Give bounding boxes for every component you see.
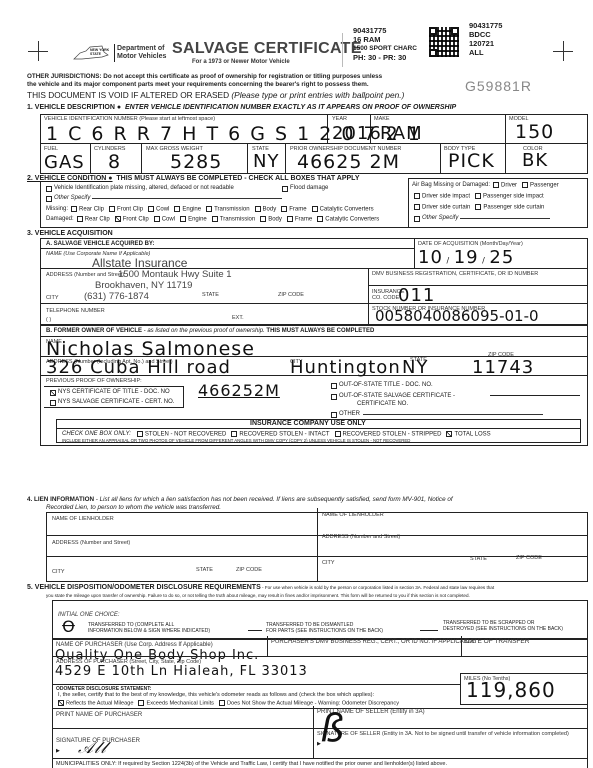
option-label: Exceeds Mechanical Limits xyxy=(146,700,213,706)
checkbox[interactable] xyxy=(138,700,144,706)
divider xyxy=(56,428,581,429)
checkbox[interactable] xyxy=(71,206,77,212)
checkbox[interactable] xyxy=(282,186,288,192)
date-month: 10 xyxy=(418,247,443,268)
oos-cert-no-label: CERTIFICATE NO. xyxy=(357,401,408,408)
option-label: TOTAL LOSS xyxy=(454,432,490,438)
checkbox[interactable] xyxy=(522,182,528,188)
stamp-line: 90431775 xyxy=(469,21,502,30)
missing-label: Missing: xyxy=(46,206,68,213)
warning-line: OTHER JURISDICTIONS: Do not accept this … xyxy=(27,73,467,81)
acq-date-field[interactable]: 10 / 19 / 25 xyxy=(418,247,514,268)
oos-title-option[interactable]: OUT-OF-STATE TITLE - DOC. NO. xyxy=(331,382,433,389)
model-field[interactable]: 150 xyxy=(515,121,554,143)
checkbox[interactable] xyxy=(335,431,341,437)
section-instruction: THIS MUST ALWAYS BE COMPLETED - CHECK AL… xyxy=(116,175,359,182)
section-title: 1. VEHICLE DESCRIPTION ● xyxy=(27,104,121,111)
option-label: Reflects the Actual Mileage xyxy=(66,700,133,706)
purchaser-dmv-label: PURCHASER'S DMV BUSINESS REG., CERT., OR… xyxy=(271,639,475,645)
nys-logo: NEW YORK STATE xyxy=(72,43,112,63)
divider xyxy=(46,556,588,557)
divider xyxy=(368,268,369,324)
qr-finder xyxy=(429,49,437,57)
initial-mark[interactable]: Ꝋ xyxy=(62,617,76,636)
stamp-right: 90431775 BDCC 120721 ALL xyxy=(469,21,502,57)
lienholder-1-state-label: STATE xyxy=(196,567,213,573)
section-title: 2. VEHICLE CONDITION ● xyxy=(27,175,113,182)
divider xyxy=(52,684,460,685)
registration-mark-left xyxy=(28,41,48,61)
other-option[interactable]: OTHER xyxy=(331,411,543,418)
part-label: Front Clip xyxy=(123,217,149,223)
checkbox[interactable] xyxy=(331,394,337,400)
checkbox[interactable] xyxy=(287,216,293,222)
ins-code-field[interactable]: 011 xyxy=(398,285,435,306)
dept-line-1: Department of xyxy=(117,45,166,53)
checkbox[interactable] xyxy=(50,400,56,406)
void-notice: THIS DOCUMENT IS VOID IF ALTERED OR ERAS… xyxy=(27,90,404,100)
choice-dismantled[interactable]: TRANSFERRED TO BE DISMANTLED FOR PARTS (… xyxy=(266,622,383,634)
checkbox[interactable] xyxy=(174,206,180,212)
lienholder-2-zip-label: ZIP CODE xyxy=(516,555,542,561)
lienholder-2-address-label: ADDRESS (Number and Street) xyxy=(322,534,400,540)
checkbox[interactable] xyxy=(331,412,337,418)
airbag-row: Air Bag Missing or Damaged: Driver Passe… xyxy=(412,182,564,190)
acquired-by-title: A. SALVAGE VEHICLE ACQUIRED BY: xyxy=(46,241,154,247)
prev-doc-field[interactable]: 466252M xyxy=(198,381,280,400)
part-label: Rear Clip xyxy=(85,217,110,223)
stamp-line: PH: 30 - PR: 30 xyxy=(353,53,417,62)
divider xyxy=(52,758,588,759)
checkbox[interactable] xyxy=(231,431,237,437)
owner-state-field[interactable]: NY xyxy=(402,357,428,378)
municipalities-text: MUNICIPALITIES ONLY: If required by Sect… xyxy=(56,761,447,767)
divider xyxy=(40,248,414,249)
acq-state-label: STATE xyxy=(202,292,219,298)
divider xyxy=(40,336,588,337)
choice-scrapped[interactable]: TRANSFERRED TO BE SCRAPPED OR DESTROYED … xyxy=(443,620,563,632)
divider xyxy=(440,143,441,174)
divider xyxy=(40,303,588,304)
fuel-field[interactable]: GAS xyxy=(44,152,85,173)
vin-plate-option[interactable]: Vehicle Identification plate missing, al… xyxy=(46,185,234,192)
warning-line: the vehicle and its major component part… xyxy=(27,81,467,89)
checkbox[interactable] xyxy=(317,216,323,222)
lienholder-1-address-label: ADDRESS (Number and Street) xyxy=(52,540,130,546)
choice-line: FOR PARTS (SEE INSTRUCTIONS ON THE BACK) xyxy=(266,628,383,634)
stamp-line: 1500 SPORT CHARC xyxy=(353,44,417,53)
checkbox[interactable] xyxy=(219,700,225,706)
acq-city-field[interactable]: Brookhaven, NY 11719 xyxy=(95,280,192,291)
acq-address-field[interactable]: 1500 Montauk Hwy Suite 1 xyxy=(118,269,232,280)
part-label: Transmission xyxy=(220,217,255,223)
acq-zip-label: ZIP CODE xyxy=(278,292,304,298)
option-label: Driver side curtain xyxy=(422,205,470,211)
miles-field[interactable]: 119,860 xyxy=(466,678,556,702)
checkbox[interactable] xyxy=(475,204,481,210)
print-purchaser-label: PRINT NAME OF PURCHASER xyxy=(56,712,142,718)
signature-seller-label: SIGNATURE OF SELLER (Entity in 3A. Not t… xyxy=(317,731,569,737)
insurance-use-title: INSURANCE COMPANY USE ONLY xyxy=(250,420,366,427)
qr-finder xyxy=(451,27,459,35)
acq-name-field[interactable]: Allstate Insurance xyxy=(92,256,187,270)
telephone-label: TELEPHONE NUMBER xyxy=(46,308,105,314)
body-type-field[interactable]: PICK xyxy=(448,150,495,172)
divider xyxy=(317,508,318,582)
date-year: 25 xyxy=(489,247,514,268)
stamp-divider xyxy=(342,33,343,67)
odometer-options-row: Reflects the Actual Mileage Exceeds Mech… xyxy=(58,700,404,707)
dept-line-2: Motor Vehicles xyxy=(117,53,166,61)
b-subtitle: - as listed on the previous proof of own… xyxy=(142,328,266,334)
section4-instruction-2: Recorded Lien, to person to whom the veh… xyxy=(46,504,221,511)
checkbox[interactable] xyxy=(475,193,481,199)
stamp-line: BDCC xyxy=(469,30,502,39)
lienholder-1-label: NAME OF LIENHOLDER xyxy=(52,516,114,522)
airbag-other-line[interactable] xyxy=(460,218,550,219)
section-instruction: - List all liens for which a lien satisf… xyxy=(94,496,453,503)
part-label: Body xyxy=(268,217,282,223)
part-label: Transmission xyxy=(214,207,249,213)
other-specify-line[interactable] xyxy=(92,198,282,199)
dmv-reg-label: DMV BUSINESS REGISTRATION, CERTIFICATE, … xyxy=(372,271,538,277)
nys-salvage-option[interactable]: NYS SALVAGE CERTIFICATE - CERT. NO. xyxy=(50,399,174,406)
choice-transferred[interactable]: TRANSFERRED TO (COMPLETE ALL INFORMATION… xyxy=(88,622,210,634)
stamp-line: 16 RAM xyxy=(353,35,417,44)
stamp-line: 90431775 xyxy=(353,26,417,35)
section-title: 4. LIEN INFORMATION xyxy=(27,496,94,503)
checkbox[interactable] xyxy=(331,383,337,389)
option-label: Passenger side curtain xyxy=(483,205,544,211)
option-label: Driver xyxy=(501,183,517,189)
odometer-text: I, the seller, certify that to the best … xyxy=(58,692,374,699)
owner-address-field[interactable]: 326 Cuba Hill road xyxy=(46,357,231,378)
acq-address-label: ADDRESS (Number and Street) xyxy=(46,272,124,278)
checkbox[interactable] xyxy=(212,216,218,222)
oos-salvage-option[interactable]: OUT-OF-STATE SALVAGE CERTIFICATE - xyxy=(331,393,455,400)
other-line[interactable] xyxy=(363,414,543,415)
part-label: Front Clip xyxy=(117,207,143,213)
checkbox[interactable] xyxy=(281,206,287,212)
divider xyxy=(90,143,91,174)
dmv-name: Department of Motor Vehicles xyxy=(117,45,166,61)
acq-phone-field[interactable]: (631) 776-1874 xyxy=(84,291,149,302)
option-label: Passenger xyxy=(530,183,559,189)
telephone-field[interactable]: ( ) xyxy=(46,317,51,323)
color-field[interactable]: BK xyxy=(522,150,548,171)
checkbox[interactable] xyxy=(46,186,52,192)
missing-row: Missing: Rear Clip Front Clip Cowl Engin… xyxy=(46,206,379,214)
document-title: SALVAGE CERTIFICATE xyxy=(172,40,362,58)
b-title: B. FORMER OWNER OF VEHICLE xyxy=(46,328,142,334)
state-field[interactable]: NY xyxy=(253,151,279,172)
option-label: Passenger side impact xyxy=(483,194,544,200)
ext-label: EXT. xyxy=(232,315,244,321)
checkbox-checked[interactable] xyxy=(115,216,121,222)
checkbox[interactable] xyxy=(255,206,261,212)
make-field[interactable]: RAM xyxy=(380,123,423,144)
section5-instruction-2: you state the mileage upon transfer of o… xyxy=(46,593,470,598)
checkbox[interactable] xyxy=(493,182,499,188)
choice-line: INFORMATION BELOW & SIGN WHERE INDICATED… xyxy=(88,628,210,634)
checkbox-checked[interactable] xyxy=(58,700,64,706)
option-label: NYS SALVAGE CERTIFICATE - CERT. NO. xyxy=(58,399,174,406)
qr-code xyxy=(429,27,459,57)
section-instruction: ENTER VEHICLE IDENTIFICATION NUMBER EXAC… xyxy=(125,104,456,111)
void-text: THIS DOCUMENT IS VOID IF ALTERED OR ERAS… xyxy=(27,90,231,100)
option-label: Flood damage xyxy=(290,185,328,192)
checkbox[interactable] xyxy=(180,216,186,222)
checkbox[interactable] xyxy=(137,431,143,437)
part-label: Frame xyxy=(289,207,306,213)
lienholder-1-city-label: CITY xyxy=(52,569,65,575)
part-label: Rear Clip xyxy=(79,207,104,213)
lienholder-2-label: NAME OF LIENHOLDER xyxy=(322,512,384,518)
option-label: RECOVERED STOLEN - STRIPPED xyxy=(343,432,442,438)
logo-divider xyxy=(114,44,115,62)
divider xyxy=(313,706,314,758)
part-label: Cowl xyxy=(156,207,169,213)
section-title: 5. VEHICLE DISPOSITION/ODOMETER DISCLOSU… xyxy=(27,584,261,591)
year-field[interactable]: 2016 xyxy=(332,123,382,144)
other-specify-option[interactable]: Other Specify xyxy=(46,195,282,202)
vin-label: VEHICLE IDENTIFICATION NUMBER (Please st… xyxy=(44,116,215,122)
lienholder-1-zip-label: ZIP CODE xyxy=(236,567,262,573)
stamp-left: 90431775 16 RAM 1500 SPORT CHARC PH: 30 … xyxy=(353,26,417,62)
year-label: YEAR xyxy=(332,116,347,122)
option-label: OUT-OF-STATE SALVAGE CERTIFICATE - xyxy=(339,393,455,400)
divider xyxy=(247,143,248,174)
registration-mark-right xyxy=(553,41,573,61)
prior-doc-field[interactable]: 46625 2M xyxy=(297,151,400,173)
checkbox[interactable] xyxy=(414,216,420,222)
stock-field[interactable]: 0058040086095-01-0 xyxy=(375,307,539,325)
option-label: OTHER xyxy=(339,411,360,418)
section1-header: 1. VEHICLE DESCRIPTION ● ENTER VEHICLE I… xyxy=(27,104,456,111)
option-label: OUT-OF-STATE TITLE - DOC. NO. xyxy=(339,382,433,389)
option-label: Other Specify xyxy=(54,195,90,202)
section5-header: 5. VEHICLE DISPOSITION/ODOMETER DISCLOSU… xyxy=(27,584,494,591)
signature-purchaser-field[interactable]: 𝒜𝓁𝓁 xyxy=(78,738,107,758)
airbag-other-row[interactable]: Other Specify xyxy=(414,215,550,222)
transfer-date-label: DATE OF TRANSFER xyxy=(465,638,529,645)
prev-proof-label: PREVIOUS PROOF OF OWNERSHIP: xyxy=(46,378,142,384)
checkbox[interactable] xyxy=(109,206,115,212)
owner-zip-field[interactable]: 11743 xyxy=(472,357,534,378)
checkbox[interactable] xyxy=(206,206,212,212)
checkbox[interactable] xyxy=(260,216,266,222)
oos-cert-no-line[interactable] xyxy=(490,395,580,396)
checkbox[interactable] xyxy=(77,216,83,222)
option-label: RECOVERED STOLEN - INTACT xyxy=(239,432,329,438)
jurisdiction-warning: OTHER JURISDICTIONS: Do not accept this … xyxy=(27,73,467,89)
divider xyxy=(141,143,142,174)
choice-line: DESTROYED (SEE INSTRUCTIONS ON THE BACK) xyxy=(443,626,563,632)
checkbox-checked[interactable] xyxy=(50,390,56,396)
owner-city-field[interactable]: Huntington xyxy=(290,357,401,378)
part-label: Catalytic Converters xyxy=(320,207,374,213)
option-label: Driver side impact xyxy=(422,194,470,200)
section4-header: 4. LIEN INFORMATION - List all liens for… xyxy=(27,496,453,503)
choice-scrapped-line[interactable] xyxy=(420,630,438,631)
divider xyxy=(505,114,506,174)
part-label: Engine xyxy=(182,207,201,213)
part-label: Catalytic Converters xyxy=(325,217,379,223)
make-label: MAKE xyxy=(374,116,390,122)
divider xyxy=(267,636,268,656)
option-label: Other Specify xyxy=(422,215,458,222)
checkbox[interactable] xyxy=(312,206,318,212)
acq-city-label: CITY xyxy=(46,295,59,301)
stamp-line: 120721 xyxy=(469,39,502,48)
lienholder-2-city-label: CITY xyxy=(322,560,335,566)
option-label: NYS CERTIFICATE OF TITLE - DOC. NO xyxy=(58,389,170,396)
checkbox[interactable] xyxy=(414,193,420,199)
section2-header: 2. VEHICLE CONDITION ● THIS MUST ALWAYS … xyxy=(27,175,359,182)
purchaser-address-field[interactable]: 4529 E 10th Ln Hialeah, FL 33013 xyxy=(55,664,308,679)
part-label: Frame xyxy=(295,217,312,223)
choice-dismantled-line[interactable] xyxy=(248,630,262,631)
document-subtitle: For a 1973 or Newer Motor Vehicle xyxy=(192,59,290,65)
checkbox[interactable] xyxy=(154,216,160,222)
insurance-note: INCLUDE EITHER AN APPRAISAL OR TWO PHOTO… xyxy=(62,438,410,444)
divider xyxy=(285,143,286,174)
flood-option[interactable]: Flood damage xyxy=(282,185,328,192)
void-instruction: (Please type or print entries with ballp… xyxy=(231,90,404,100)
lienholder-2-state-label: STATE xyxy=(470,556,487,562)
impact-row: Driver side impact Passenger side impact xyxy=(414,193,549,201)
section3-title: 3. VEHICLE ACQUISITION xyxy=(27,230,113,237)
logo-text: NEW YORK STATE xyxy=(90,48,112,56)
nys-title-option[interactable]: NYS CERTIFICATE OF TITLE - DOC. NO xyxy=(50,389,170,396)
part-label: Engine xyxy=(188,217,207,223)
qr-finder xyxy=(429,27,437,35)
weight-field[interactable]: 5285 xyxy=(170,151,222,173)
cylinders-field[interactable]: 8 xyxy=(108,151,121,173)
b-must: THIS MUST ALWAYS BE COMPLETED xyxy=(266,328,374,334)
part-label: Body xyxy=(263,207,277,213)
divider xyxy=(414,238,415,268)
control-number: G59881R xyxy=(465,78,532,94)
checkbox[interactable] xyxy=(148,206,154,212)
option-label: Vehicle Identification plate missing, al… xyxy=(54,185,234,192)
signature-purchaser-marker: ▶ xyxy=(56,748,60,754)
divider xyxy=(46,535,588,536)
signature-seller-field[interactable]: ß xyxy=(320,706,345,750)
date-day: 19 xyxy=(454,247,479,268)
option-label: STOLEN - NOT RECOVERED xyxy=(145,432,226,438)
former-owner-title: B. FORMER OWNER OF VEHICLE - as listed o… xyxy=(46,328,374,334)
divider xyxy=(52,656,588,657)
damaged-label: Damaged: xyxy=(46,216,74,223)
airbag-label: Air Bag Missing or Damaged: xyxy=(412,182,490,189)
damaged-row: Damaged: Rear Clip Front Clip Cowl Engin… xyxy=(46,216,384,224)
checkbox-checked[interactable] xyxy=(446,431,452,437)
stamp-line: ALL xyxy=(469,48,502,57)
checkbox[interactable] xyxy=(414,204,420,210)
part-label: Cowl xyxy=(162,217,175,223)
checkbox[interactable] xyxy=(46,196,52,202)
curtain-row: Driver side curtain Passenger side curta… xyxy=(414,204,549,212)
section-instruction: - For use when vehicle is sold by the pe… xyxy=(261,585,494,590)
